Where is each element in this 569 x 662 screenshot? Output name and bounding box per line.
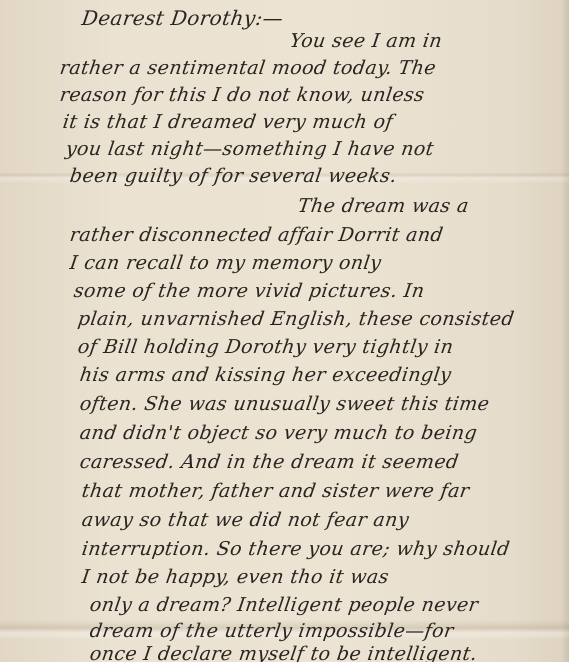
letter-line: some of the more vivid pictures. In [72,280,426,302]
letter-line: of Bill holding Dorothy very tightly in [76,336,454,358]
letter-line: rather a sentimental mood today. The [58,57,437,79]
letter-line: rather disconnected affair Dorrit and [68,224,444,246]
letter-line: you last night—something I have not [64,138,435,160]
letter-line: and didn't object so very much to being [78,422,478,444]
letter-page: Dearest Dorothy:— You see I am in rather… [0,0,569,662]
letter-line: often. She was unusually sweet this time [78,393,491,415]
letter-line: caressed. And in the dream it seemed [78,451,460,473]
letter-line: away so that we did not fear any [80,509,410,531]
letter-line: plain, unvarnished English, these consis… [76,308,515,330]
letter-line: interruption. So there you are; why shou… [80,538,511,560]
letter-line: it is that I dreamed very much of [61,111,394,133]
letter-line: You see I am in [288,30,443,52]
letter-line: his arms and kissing her exceedingly [78,364,452,386]
letter-line: dream of the utterly impossible—for [88,620,455,642]
paper-edge [561,0,569,662]
letter-line: The dream was a [296,195,470,217]
letter-line: once I declare myself to be intelligent. [88,643,478,662]
letter-line: I not be happy, even tho it was [80,566,390,588]
letter-line: reason for this I do not know, unless [58,84,425,106]
letter-line: I can recall to my memory only [68,252,382,274]
letter-line: been guilty of for several weeks. [68,165,398,187]
salutation: Dearest Dorothy:— [80,6,285,30]
letter-line: only a dream? Intelligent people never [88,594,479,616]
letter-line: that mother, father and sister were far [80,480,470,502]
